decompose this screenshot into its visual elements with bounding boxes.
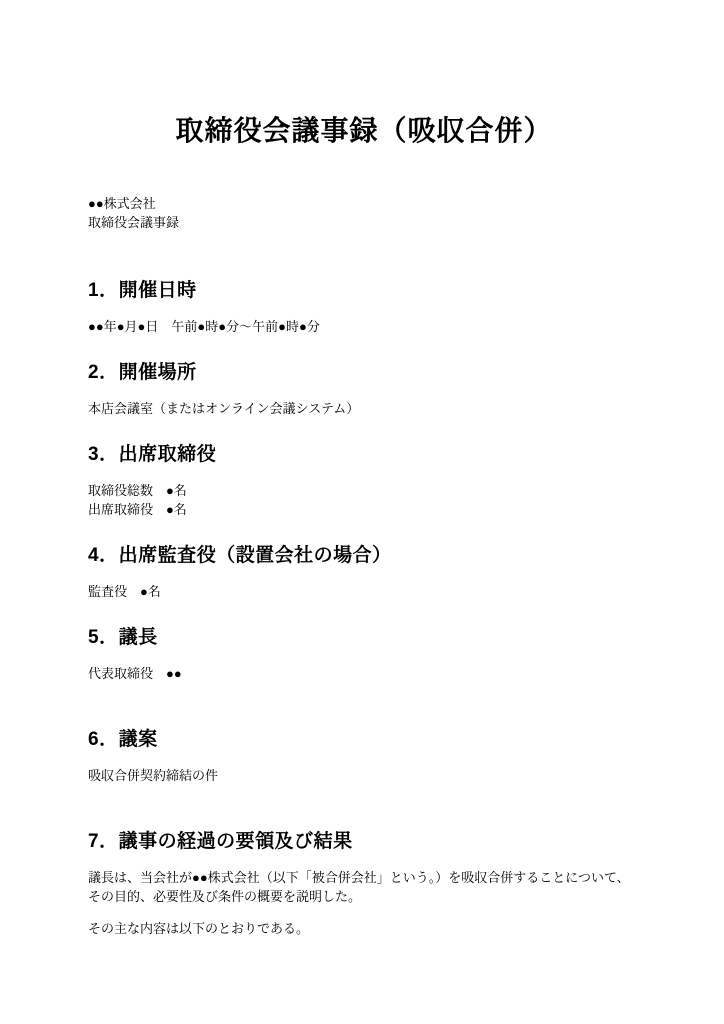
section-body-line: 吸収合併契約締結の件	[88, 766, 640, 785]
company-name: ●●株式会社	[88, 194, 640, 213]
section-heading: 1．開催日時	[88, 278, 640, 304]
section-body-paragraph: その主な内容は以下のとおりである。	[88, 919, 640, 938]
section-body-line: ●●年●月●日 午前●時●分～午前●時●分	[88, 317, 640, 336]
section-heading: 7．議事の経過の要領及び結果	[88, 829, 640, 855]
document-page: 取締役会議事録（吸収合併） ●●株式会社 取締役会議事録 1．開催日時 ●●年●…	[0, 0, 724, 1024]
section-body-line: 取締役総数 ●名	[88, 481, 640, 500]
document-meta: ●●株式会社 取締役会議事録	[88, 194, 640, 232]
section-agenda: 6．議案 吸収合併契約締結の件	[88, 727, 640, 785]
section-opening-datetime: 1．開催日時 ●●年●月●日 午前●時●分～午前●時●分	[88, 278, 640, 336]
section-heading: 6．議案	[88, 727, 640, 753]
section-body-line: 本店会議室（またはオンライン会議システム）	[88, 399, 640, 418]
document-title: 取締役会議事録（吸収合併）	[88, 112, 640, 150]
document-type: 取締役会議事録	[88, 213, 640, 232]
section-heading: 5．議長	[88, 625, 640, 651]
section-heading: 4．出席監査役（設置会社の場合）	[88, 543, 640, 569]
section-attending-directors: 3．出席取締役 取締役総数 ●名 出席取締役 ●名	[88, 442, 640, 519]
section-heading: 2．開催場所	[88, 360, 640, 386]
section-body-line: 監査役 ●名	[88, 582, 640, 601]
section-chairperson: 5．議長 代表取締役 ●●	[88, 625, 640, 683]
section-proceedings-and-results: 7．議事の経過の要領及び結果 議長は、当会社が●●株式会社（以下「被合併会社」と…	[88, 829, 640, 938]
section-attending-auditors: 4．出席監査役（設置会社の場合） 監査役 ●名	[88, 543, 640, 601]
section-body-line: 出席取締役 ●名	[88, 500, 640, 519]
section-venue: 2．開催場所 本店会議室（またはオンライン会議システム）	[88, 360, 640, 418]
section-body-line: 代表取締役 ●●	[88, 664, 640, 683]
section-heading: 3．出席取締役	[88, 442, 640, 468]
section-body-paragraph: 議長は、当会社が●●株式会社（以下「被合併会社」という。）を吸収合併することにつ…	[88, 868, 640, 906]
